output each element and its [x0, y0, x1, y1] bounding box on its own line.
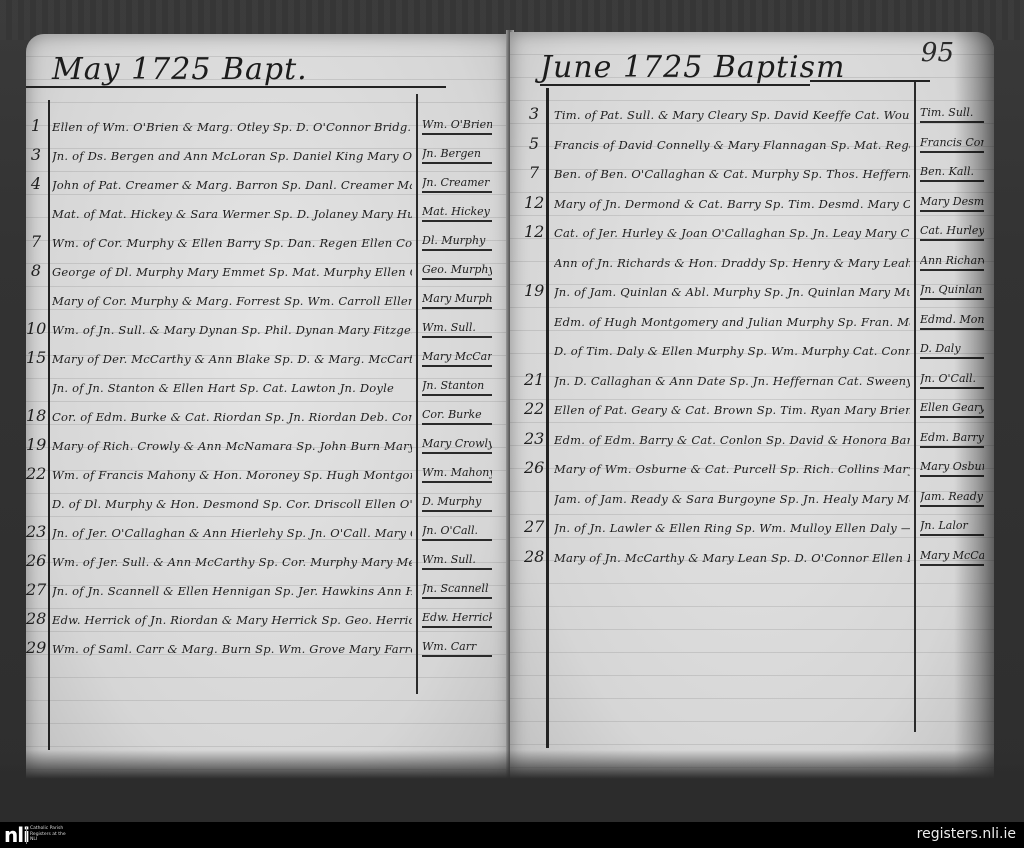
- entry-day: 7: [524, 163, 544, 182]
- entry-text: Mary of Rich. Crowly & Ann McNamara Sp. …: [52, 439, 412, 453]
- left-page: May 1725 Bapt. 1Ellen of Wm. O'Brien & M…: [26, 34, 510, 794]
- entry-text: Tim. of Pat. Sull. & Mary Cleary Sp. Dav…: [554, 108, 910, 122]
- entry-text: John of Pat. Creamer & Marg. Barron Sp. …: [52, 178, 412, 192]
- entry-day: 1: [26, 116, 46, 135]
- entry-text: Wm. of Cor. Murphy & Ellen Barry Sp. Dan…: [52, 236, 412, 250]
- register-entry: 1Ellen of Wm. O'Brien & Marg. Otley Sp. …: [26, 112, 506, 138]
- entry-day: 23: [26, 522, 46, 541]
- entry-day: 4: [26, 174, 46, 193]
- entry-text: Wm. of Francis Mahony & Hon. Moroney Sp.…: [52, 468, 412, 482]
- register-entry: 5Francis of David Connelly & Mary Flanna…: [510, 130, 990, 156]
- entry-child-name: Cor. Burke: [422, 408, 492, 425]
- entry-day: 27: [524, 517, 544, 536]
- entry-child-name: Ann Richards: [920, 254, 984, 271]
- entry-child-name: Jn. Lalor: [920, 519, 984, 536]
- entry-child-name: Wm. Sull.: [422, 321, 492, 338]
- register-entry: 7Ben. of Ben. O'Callaghan & Cat. Murphy …: [510, 159, 990, 185]
- left-page-heading: May 1725 Bapt.: [52, 52, 308, 87]
- register-entry: 28Mary of Jn. McCarthy & Mary Lean Sp. D…: [510, 543, 990, 569]
- register-entry: D. of Tim. Daly & Ellen Murphy Sp. Wm. M…: [510, 336, 990, 362]
- entry-child-name: Mary Osburne: [920, 460, 984, 477]
- entry-text: Jn. of Ds. Bergen and Ann McLoran Sp. Da…: [52, 149, 412, 163]
- entry-day: 12: [524, 193, 544, 212]
- entry-day: 19: [524, 281, 544, 300]
- register-entry: 19Jn. of Jam. Quinlan & Abl. Murphy Sp. …: [510, 277, 990, 303]
- register-entry: D. of Dl. Murphy & Hon. Desmond Sp. Cor.…: [26, 489, 506, 515]
- entry-text: Jn. D. Callaghan & Ann Date Sp. Jn. Heff…: [554, 374, 910, 388]
- entry-child-name: Mary McCarthy: [920, 549, 984, 566]
- entry-text: Wm. of Saml. Carr & Marg. Burn Sp. Wm. G…: [52, 642, 412, 656]
- entry-text: Ellen of Wm. O'Brien & Marg. Otley Sp. D…: [52, 120, 412, 134]
- entry-child-name: Jn. O'Call.: [920, 372, 984, 389]
- register-entry: 15Mary of Der. McCarthy & Ann Blake Sp. …: [26, 344, 506, 370]
- register-entry: 10Wm. of Jn. Sull. & Mary Dynan Sp. Phil…: [26, 315, 506, 341]
- entry-child-name: Geo. Murphy: [422, 263, 492, 280]
- entry-text: D. of Dl. Murphy & Hon. Desmond Sp. Cor.…: [52, 497, 412, 511]
- entry-day: 7: [26, 232, 46, 251]
- entry-child-name: Dl. Murphy: [422, 234, 492, 251]
- entry-text: Edm. of Edm. Barry & Cat. Conlon Sp. Dav…: [554, 433, 910, 447]
- logo-divider: [26, 826, 27, 844]
- register-entry: 29Wm. of Saml. Carr & Marg. Burn Sp. Wm.…: [26, 634, 506, 660]
- register-entry: 22Wm. of Francis Mahony & Hon. Moroney S…: [26, 460, 506, 486]
- entry-child-name: Wm. Sull.: [422, 553, 492, 570]
- right-page: June 1725 Baptism 95 3Tim. of Pat. Sull.…: [510, 32, 994, 792]
- entry-text: Mary of Cor. Murphy & Marg. Forrest Sp. …: [52, 294, 412, 308]
- entry-child-name: Jn. Scannell: [422, 582, 492, 599]
- register-book: May 1725 Bapt. 1Ellen of Wm. O'Brien & M…: [26, 30, 998, 802]
- entry-text: George of Dl. Murphy Mary Emmet Sp. Mat.…: [52, 265, 412, 279]
- page-number: 95: [921, 38, 954, 68]
- entry-child-name: Jn. Creamer: [422, 176, 492, 193]
- register-entry: 21Jn. D. Callaghan & Ann Date Sp. Jn. He…: [510, 366, 990, 392]
- entry-text: Jam. of Jam. Ready & Sara Burgoyne Sp. J…: [554, 492, 910, 506]
- entry-day: 15: [26, 348, 46, 367]
- entry-child-name: Mary Murphy: [422, 292, 492, 309]
- entry-day: 5: [524, 134, 544, 153]
- entry-text: Ann of Jn. Richards & Hon. Draddy Sp. He…: [554, 256, 910, 270]
- register-entry: 12Mary of Jn. Dermond & Cat. Barry Sp. T…: [510, 189, 990, 215]
- registers-site-link[interactable]: registers.nli.ie: [917, 826, 1016, 842]
- entry-child-name: Mary Desmd.: [920, 195, 984, 212]
- entry-child-name: Francis Connelly: [920, 136, 984, 153]
- entry-child-name: D. Murphy: [422, 495, 492, 512]
- register-entry: Mary of Cor. Murphy & Marg. Forrest Sp. …: [26, 286, 506, 312]
- entry-child-name: Wm. O'Brien: [422, 118, 492, 135]
- register-entry: Jn. of Jn. Stanton & Ellen Hart Sp. Cat.…: [26, 373, 506, 399]
- entry-child-name: Edw. Herrick Riordan: [422, 611, 492, 628]
- register-entry: 26Wm. of Jer. Sull. & Ann McCarthy Sp. C…: [26, 547, 506, 573]
- entry-day: 19: [26, 435, 46, 454]
- register-entry: 22Ellen of Pat. Geary & Cat. Brown Sp. T…: [510, 395, 990, 421]
- entry-text: Edm. of Hugh Montgomery and Julian Murph…: [554, 315, 910, 329]
- heading-rule-right: [810, 80, 930, 82]
- entry-day: 18: [26, 406, 46, 425]
- entry-child-name: Wm. Mahony: [422, 466, 492, 483]
- register-entry: 28Edw. Herrick of Jn. Riordan & Mary Her…: [26, 605, 506, 631]
- entry-text: Jn. of Jn. Scannell & Ellen Hennigan Sp.…: [52, 584, 412, 598]
- register-entry: 27Jn. of Jn. Lawler & Ellen Ring Sp. Wm.…: [510, 513, 990, 539]
- entry-child-name: Ellen Geary: [920, 401, 984, 418]
- scan-bottom-shadow: [0, 750, 1024, 822]
- entry-child-name: Cat. Hurley: [920, 224, 984, 241]
- entry-text: Cor. of Edm. Burke & Cat. Riordan Sp. Jn…: [52, 410, 412, 424]
- entry-text: Jn. of Jn. Stanton & Ellen Hart Sp. Cat.…: [52, 381, 412, 395]
- entry-day: 27: [26, 580, 46, 599]
- entry-text: Ellen of Pat. Geary & Cat. Brown Sp. Tim…: [554, 403, 910, 417]
- entry-day: 23: [524, 429, 544, 448]
- entry-child-name: Jn. Quinlan: [920, 283, 984, 300]
- entry-child-name: Edm. Barry: [920, 431, 984, 448]
- logo-caption: Catholic Parish Registers at the NLI: [30, 826, 70, 843]
- entry-child-name: Tim. Sull.: [920, 106, 984, 123]
- register-entry: Ann of Jn. Richards & Hon. Draddy Sp. He…: [510, 248, 990, 274]
- entry-day: 8: [26, 261, 46, 280]
- entry-day: 26: [26, 551, 46, 570]
- entry-text: Mary of Der. McCarthy & Ann Blake Sp. D.…: [52, 352, 412, 366]
- entry-text: Francis of David Connelly & Mary Flannag…: [554, 138, 910, 152]
- entry-text: Jn. of Jer. O'Callaghan & Ann Hierlehy S…: [52, 526, 412, 540]
- entry-day: 3: [26, 145, 46, 164]
- entry-day: 21: [524, 370, 544, 389]
- register-entry: 18Cor. of Edm. Burke & Cat. Riordan Sp. …: [26, 402, 506, 428]
- register-entry: Mat. of Mat. Hickey & Sara Wermer Sp. D.…: [26, 199, 506, 225]
- entry-day: 26: [524, 458, 544, 477]
- register-entry: 23Edm. of Edm. Barry & Cat. Conlon Sp. D…: [510, 425, 990, 451]
- entry-text: Mary of Jn. Dermond & Cat. Barry Sp. Tim…: [554, 197, 910, 211]
- entry-text: Mary of Jn. McCarthy & Mary Lean Sp. D. …: [554, 551, 910, 565]
- entry-child-name: Jn. O'Call.: [422, 524, 492, 541]
- entry-child-name: Ben. Kall.: [920, 165, 984, 182]
- entry-child-name: Jam. Ready: [920, 490, 984, 507]
- entry-child-name: Mary Crowly: [422, 437, 492, 454]
- entry-child-name: Jn. Bergen: [422, 147, 492, 164]
- register-entry: 12Cat. of Jer. Hurley & Joan O'Callaghan…: [510, 218, 990, 244]
- entry-text: Wm. of Jer. Sull. & Ann McCarthy Sp. Cor…: [52, 555, 412, 569]
- register-entry: 26Mary of Wm. Osburne & Cat. Purcell Sp.…: [510, 454, 990, 480]
- register-entry: 23Jn. of Jer. O'Callaghan & Ann Hierlehy…: [26, 518, 506, 544]
- entry-child-name: Mary McCarthy: [422, 350, 492, 367]
- entry-day: 12: [524, 222, 544, 241]
- entry-day: 10: [26, 319, 46, 338]
- entry-text: Mat. of Mat. Hickey & Sara Wermer Sp. D.…: [52, 207, 412, 221]
- register-entry: 27Jn. of Jn. Scannell & Ellen Hennigan S…: [26, 576, 506, 602]
- entry-day: 28: [26, 609, 46, 628]
- heading-rule: [540, 84, 810, 86]
- register-entry: 4John of Pat. Creamer & Marg. Barron Sp.…: [26, 170, 506, 196]
- entry-text: Cat. of Jer. Hurley & Joan O'Callaghan S…: [554, 226, 910, 240]
- register-entry: Jam. of Jam. Ready & Sara Burgoyne Sp. J…: [510, 484, 990, 510]
- right-page-heading: June 1725 Baptism: [540, 50, 845, 85]
- entry-day: 29: [26, 638, 46, 657]
- register-entry: 8George of Dl. Murphy Mary Emmet Sp. Mat…: [26, 257, 506, 283]
- entry-child-name: Mat. Hickey: [422, 205, 492, 222]
- heading-rule: [26, 86, 446, 88]
- viewer-footer: nli Catholic Parish Registers at the NLI…: [0, 822, 1024, 848]
- register-entry: 3Jn. of Ds. Bergen and Ann McLoran Sp. D…: [26, 141, 506, 167]
- entry-day: 28: [524, 547, 544, 566]
- entry-child-name: Jn. Stanton: [422, 379, 492, 396]
- entry-text: D. of Tim. Daly & Ellen Murphy Sp. Wm. M…: [554, 344, 910, 358]
- entry-child-name: D. Daly: [920, 342, 984, 359]
- register-entry: 19Mary of Rich. Crowly & Ann McNamara Sp…: [26, 431, 506, 457]
- entry-text: Jn. of Jam. Quinlan & Abl. Murphy Sp. Jn…: [554, 285, 910, 299]
- entry-text: Ben. of Ben. O'Callaghan & Cat. Murphy S…: [554, 167, 910, 181]
- entry-day: 22: [26, 464, 46, 483]
- entry-text: Wm. of Jn. Sull. & Mary Dynan Sp. Phil. …: [52, 323, 412, 337]
- entry-text: Jn. of Jn. Lawler & Ellen Ring Sp. Wm. M…: [554, 521, 910, 535]
- entry-text: Mary of Wm. Osburne & Cat. Purcell Sp. R…: [554, 462, 910, 476]
- register-entry: Edm. of Hugh Montgomery and Julian Murph…: [510, 307, 990, 333]
- entry-day: 22: [524, 399, 544, 418]
- entry-text: Edw. Herrick of Jn. Riordan & Mary Herri…: [52, 613, 412, 627]
- register-entry: 7Wm. of Cor. Murphy & Ellen Barry Sp. Da…: [26, 228, 506, 254]
- register-entry: 3Tim. of Pat. Sull. & Mary Cleary Sp. Da…: [510, 100, 990, 126]
- entry-day: 3: [524, 104, 544, 123]
- register-scan-image: May 1725 Bapt. 1Ellen of Wm. O'Brien & M…: [0, 0, 1024, 822]
- entry-child-name: Edmd. Montgomery: [920, 313, 984, 330]
- entry-child-name: Wm. Carr: [422, 640, 492, 657]
